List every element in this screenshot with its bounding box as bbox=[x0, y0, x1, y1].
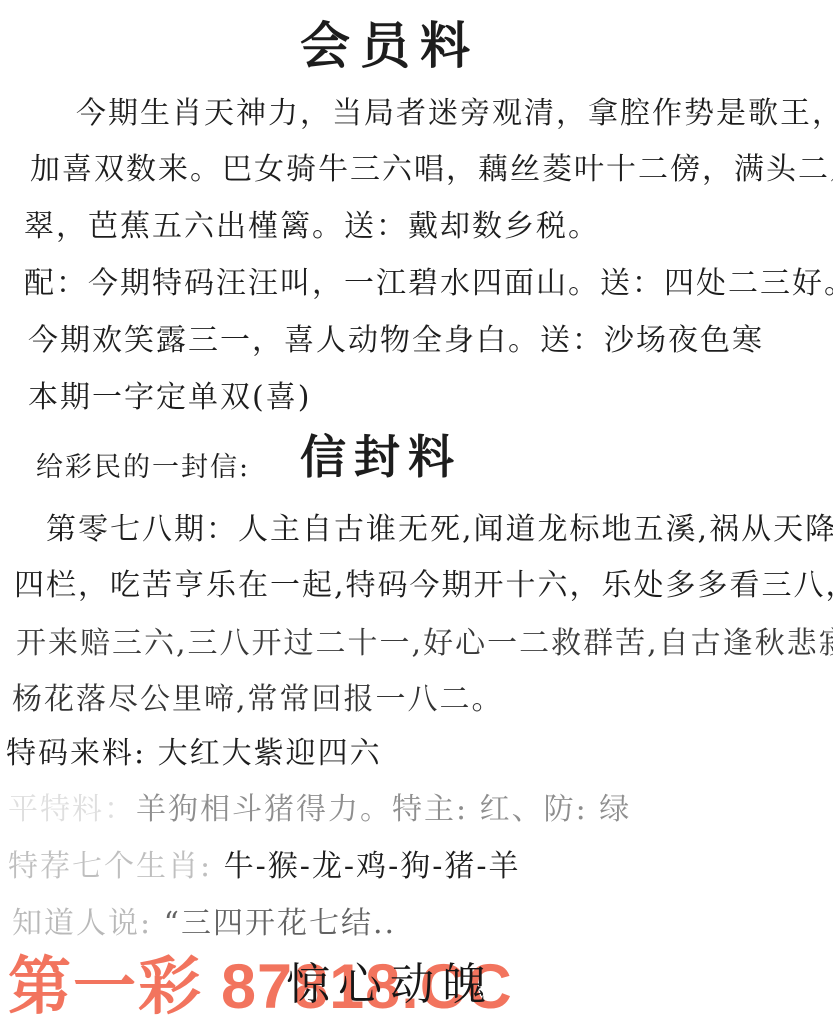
watermark-brand-name: 第一彩 bbox=[8, 952, 203, 1022]
envelope-paragraph-line-4: 杨花落尽公里啼,常常回报一八二。 bbox=[12, 682, 504, 718]
zodiac-tip-line: 特荐七个生肖: 牛-猴-龙-鸡-狗-猪-羊 bbox=[8, 849, 520, 885]
envelope-intro-label: 给彩民的一封信: bbox=[36, 452, 250, 484]
pingte-tip-line: 平特料：羊狗相斗猪得力。特主: 红、防: 绿 bbox=[8, 792, 631, 828]
envelope-paragraph-line-2: 四栏，吃苦亨乐在一起,特码今期开十六，乐处多多看三八，一七 bbox=[14, 568, 833, 604]
envelope-section-title: 信封料 bbox=[300, 430, 462, 485]
member-paragraph-line-2: 加喜双数来。巴女骑牛三六唱，藕丝菱叶十二傍，满头二八珠间 bbox=[30, 152, 833, 188]
envelope-paragraph-line-3: 开来赔三六,三八开过二十一,好心一二救群苦,自古逢秋悲寂寞, bbox=[16, 626, 833, 662]
member-section-title: 会员料 bbox=[0, 16, 780, 76]
envelope-paragraph-line-1: 第零七八期：人主自古谁无死,闻道龙标地五溪,祸从天降一 bbox=[46, 512, 833, 548]
handwritten-overlay-text: 惊心动魄 bbox=[286, 948, 494, 1012]
special-number-tip-line: 特码来料: 大红大紫迎四六 bbox=[6, 736, 382, 772]
member-paragraph-line-3: 翠，芭蕉五六出槿篱。送：戴却数乡税。 bbox=[24, 209, 600, 245]
huanxiao-tip-line: 今期欢笑露三一，喜人动物全身白。送：沙场夜色寒 bbox=[28, 323, 764, 359]
pingte-faded-prefix: 平特料： bbox=[8, 792, 136, 827]
pingte-text: 羊狗相斗猪得力。特主: 红、防: 绿 bbox=[136, 792, 631, 827]
member-paragraph-line-1: 今期生肖天神力，当局者迷旁观清，拿腔作势是歌王，喜上 bbox=[76, 96, 833, 132]
scanned-lottery-tipsheet: 会员料 今期生肖天神力，当局者迷旁观清，拿腔作势是歌王，喜上 加喜双数来。巴女骑… bbox=[0, 0, 833, 1024]
zodiac-faded-prefix: 特荐七个生肖: bbox=[8, 849, 224, 884]
pei-tip-line: 配：今期特码汪汪叫，一江碧水四面山。送：四处二三好。 bbox=[24, 266, 833, 302]
single-double-tip-line: 本期一字定单双(喜) bbox=[28, 380, 311, 416]
zodiac-list: 牛-猴-龙-鸡-狗-猪-羊 bbox=[224, 849, 521, 884]
